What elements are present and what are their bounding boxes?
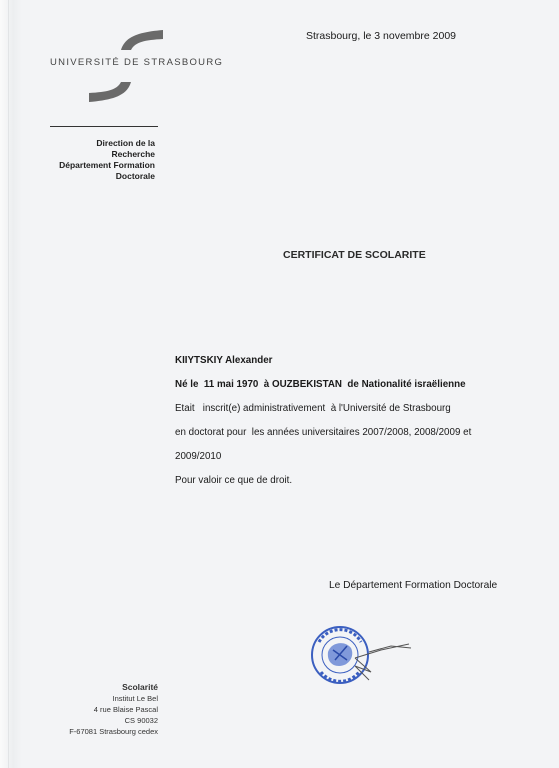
body-line: Pour valoir ce que de droit. [175,475,471,499]
department-block: Direction de la Recherche Département Fo… [59,138,155,182]
date-line: Strasbourg, le 3 novembre 2009 [306,30,456,42]
footer-heading: Scolarité [69,682,158,693]
footer-address: Scolarité Institut Le Bel 4 rue Blaise P… [69,682,158,737]
department-line: Direction de la [59,138,155,149]
footer-line: F-67081 Strasbourg cedex [69,726,158,737]
letterhead-divider [50,126,158,127]
birth-line: Né le 11 mai 1970 à OUZBEKISTAN de Natio… [175,379,471,403]
signature-label: Le Département Formation Doctorale [329,580,497,591]
footer-line: 4 rue Blaise Pascal [69,704,158,715]
certificate-body: KIIYTSKIY Alexander Né le 11 mai 1970 à … [175,355,471,499]
body-line: en doctorat pour les années universitair… [175,427,471,451]
body-line: 2009/2010 [175,451,471,475]
department-line: Département Formation [59,160,155,171]
department-line: Doctorale [59,171,155,182]
footer-line: CS 90032 [69,715,158,726]
institution-name: UNIVERSITÉ DE STRASBOURG [50,57,223,68]
body-line: Etait inscrit(e) administrativement à l'… [175,403,471,427]
footer-line: Institut Le Bel [69,693,158,704]
scan-edge [0,0,22,768]
department-line: Recherche [59,149,155,160]
official-stamp-icon [311,622,421,692]
document-title: CERTIFICAT DE SCOLARITE [283,249,426,261]
student-name: KIIYTSKIY Alexander [175,355,471,379]
